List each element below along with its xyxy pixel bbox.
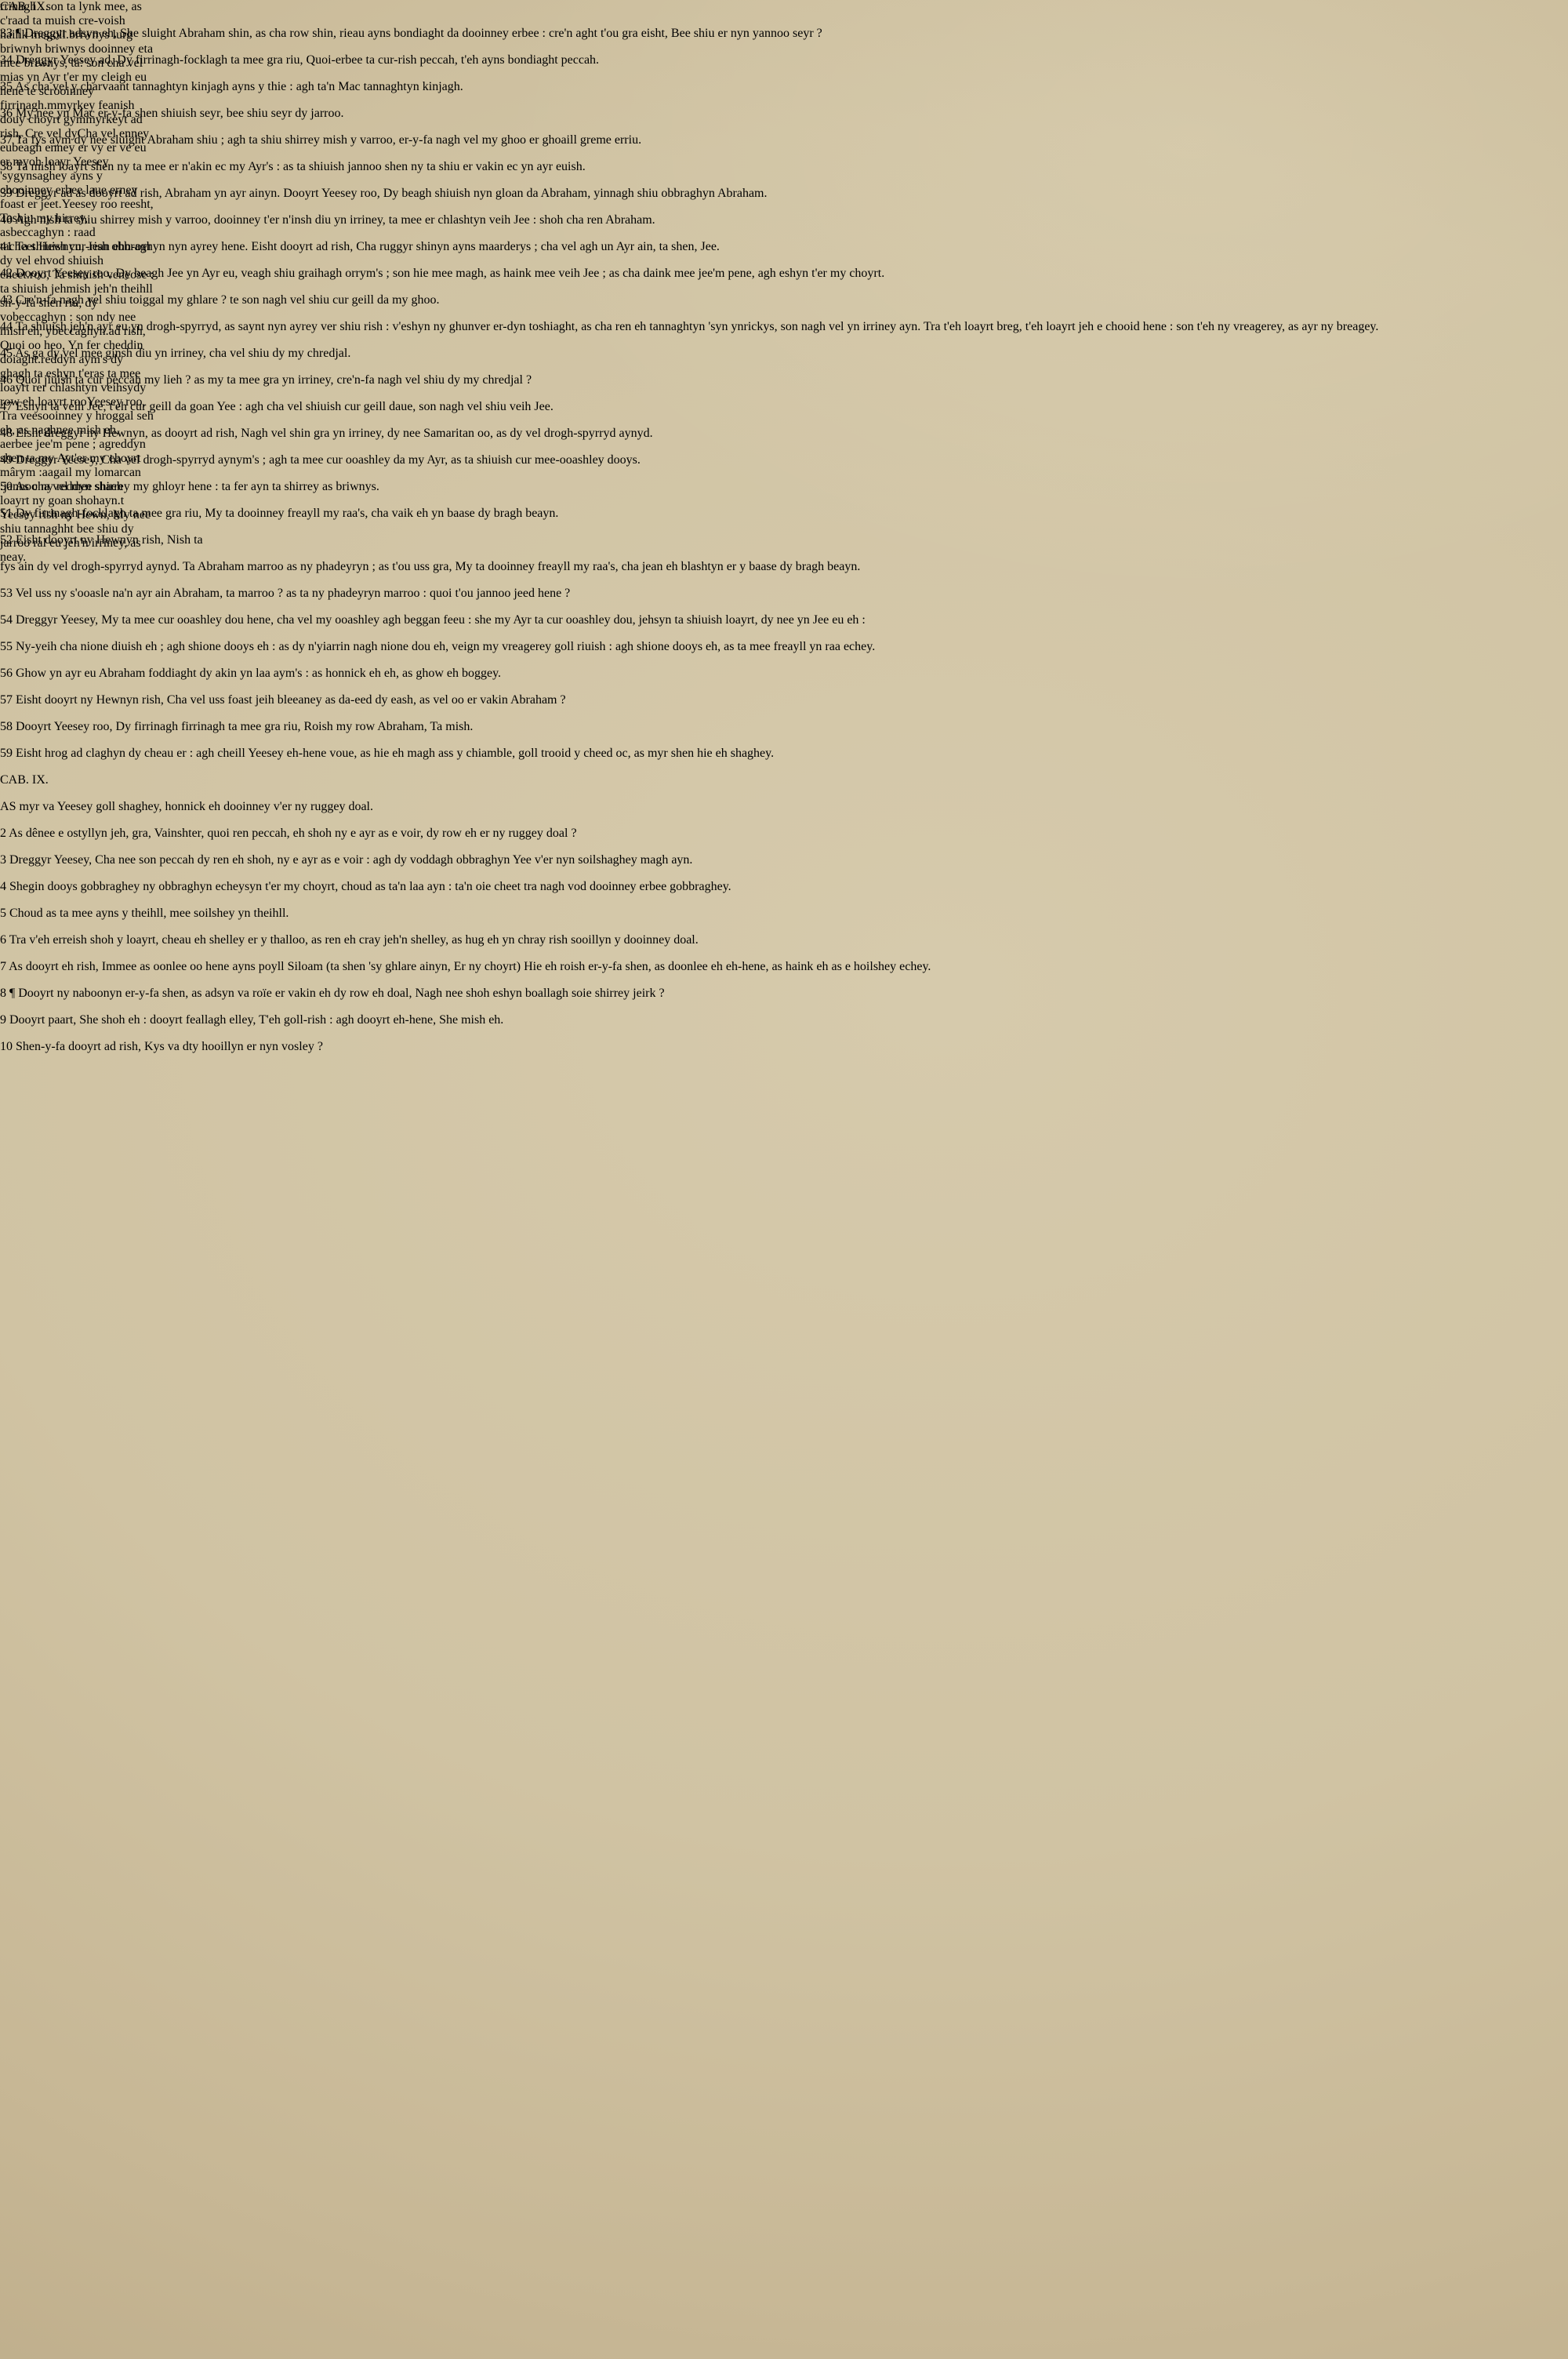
verse: 44 Ta shiuish jeh'n ayr eu yn drogh-spyr… [0, 320, 1568, 334]
spine-text-fragment: erbee jee'm pene ; ag [5, 438, 111, 451]
verse: 52 Eisht dooyrt ny Hewnyn rish, Nish ta [0, 533, 1568, 547]
verse: fys ain dy vel drogh-spyrryd aynyd. Ta A… [0, 560, 1568, 574]
spine-text-fragment: roo, Ta shiuish ve [30, 268, 118, 282]
verse: 53 Vel uss ny s'ooasle na'n ayr ain Abra… [0, 587, 1568, 601]
spine-text-fragment: rrinagh : son ta ly [0, 0, 89, 13]
verse: 51 Dy firrinagh-focklagh ta mee gra riu,… [0, 507, 1568, 521]
verse: 36 My nee yn Mac er-y-fa shen shiuish se… [0, 107, 1568, 121]
verse: 8 ¶ Dooyrt ny naboonyn er-y-fa shen, as … [0, 987, 1568, 1001]
verse: 50 As cha vel mee shirrey my ghloyr hene… [0, 480, 1568, 494]
book-page-photo: rrinagh : son ta lynk mee, as c'raad ta … [0, 0, 1568, 2359]
verse: 37 Ta fys aym dy nee sluight Abraham shi… [0, 133, 1568, 147]
spine-text-fragment: beagh enney er v [12, 141, 97, 154]
verse: 55 Ny-yeih cha nione diuish eh ; agh shi… [0, 640, 1568, 654]
verse: 2 As dênee e ostyllyn jeh, gra, Vainshte… [0, 827, 1568, 841]
spine-text-fragment: cheet. [9, 240, 39, 253]
spine-text-fragment: ooinney erbee laue er [12, 184, 119, 197]
verse: 39 Dreggyr ad as dooyrt ad rish, Abraham… [0, 187, 1568, 201]
verse: 48 Eisht dreggyr ny Hewnyn, as dooyrt ad… [0, 427, 1568, 441]
verse: 58 Dooyrt Yeesey roo, Dy firrinagh firri… [0, 720, 1568, 734]
spine-text-fragment: beccaghyn. [52, 325, 108, 338]
verse: 6 Tra v'eh erreish shoh y loayrt, cheau … [0, 933, 1568, 947]
spine-text-fragment: y choyrt gymmyrkey [19, 113, 124, 126]
verse: 47 Eshyn ta veih Jee, t'eh cur geill da … [0, 400, 1568, 414]
verse: 42 Dooyrt Yeesey roo, Dy beagh Jee yn Ay… [0, 267, 1568, 281]
verse: 56 Ghow yn ayr eu Abraham foddiaght dy a… [0, 667, 1568, 681]
verse: 34 Dreggyr Yeesey ad, Dy firrinagh-fockl… [0, 53, 1568, 67]
verse: 5 Choud as ta mee ayns y theihll, mee so… [0, 907, 1568, 921]
spine-text-fragment: ayn. [100, 494, 121, 507]
spine-text-fragment: beccaghyn : son n [13, 311, 103, 324]
spine-text-fragment: ooinney y hroggal s [42, 409, 142, 423]
verse: 57 Eisht dooyrt ny Hewnyn rish, Cha vel … [0, 693, 1568, 707]
spine-text-fragment: agh ta eshyn t'er [13, 367, 94, 380]
verse: 38 Ta mish loayrt shen ny ta mee er n'ak… [0, 160, 1568, 174]
spine-text-fragment: Hewnyn, Jean eh [38, 240, 125, 253]
verse: 54 Dreggyr Yeesey, My ta mee cur ooashle… [0, 613, 1568, 627]
verse: 46 Quoi jiuish ta cur peccah my lieh ? a… [0, 373, 1568, 387]
verse: 4 Shegin dooys gobbraghey ny obbraghyn e… [0, 880, 1568, 894]
spine-text-fragment: ay. [12, 551, 26, 564]
verse: 35 As cha vel y charvaant tannaghtyn kin… [0, 80, 1568, 94]
running-chapter-header: CAB. IX. [0, 0, 1568, 14]
verse: AS myr va Yeesey goll shaghey, honnick e… [0, 800, 1568, 814]
verse: 9 Dooyrt paart, She shoh eh : dooyrt fea… [0, 1013, 1568, 1027]
spine-text-fragment: jannoo ny reddyn sha [3, 480, 111, 493]
spine-text-fragment: er chlashtyn veihsy [37, 381, 134, 394]
verse: 43 Cre'n-fa nagh vel shiu toiggal my ghl… [0, 293, 1568, 307]
chapter-heading: CAB. IX. [0, 773, 1568, 787]
verse: 3 Dreggyr Yeesey, Cha nee son peccah dy … [0, 853, 1568, 867]
verse: 59 Eisht hrog ad claghyn dy cheau er : a… [0, 747, 1568, 761]
verse: 41 Ta shiuish cur-rish obbraghyn nyn ayr… [0, 240, 1568, 254]
left-column: 33 ¶ Dreggyr adsyn eh, She sluight Abrah… [0, 27, 1568, 547]
right-column: fys ain dy vel drogh-spyrryd aynyd. Ta A… [0, 560, 1568, 1054]
spine-text-fragment: goll. [46, 28, 69, 42]
verse: 45 As ga dy vel mee ginsh diu yn irriney… [0, 347, 1568, 361]
verse: 40 Agh nish ta shiu shirrey mish y varro… [0, 213, 1568, 227]
spine-text-fragment: as yn Ayr t'er my c [13, 71, 107, 84]
spine-text-fragment: iaght. [13, 353, 41, 366]
verse: 10 Shen-y-fa dooyrt ad rish, Kys va dty … [0, 1040, 1568, 1054]
spine-text-fragment: h briwnys dooinney e [35, 42, 143, 56]
spine-facing-page: rrinagh : son ta lynk mee, as c'raad ta … [0, 0, 154, 2359]
verse: 7 As dooyrt eh rish, Immee as oonlee oo … [0, 960, 1568, 974]
verse: 49 Dreggyr Yeesey, Cha vel drogh-spyrryd… [0, 453, 1568, 467]
verse: 33 ¶ Dreggyr adsyn eh, She sluight Abrah… [0, 27, 1568, 41]
